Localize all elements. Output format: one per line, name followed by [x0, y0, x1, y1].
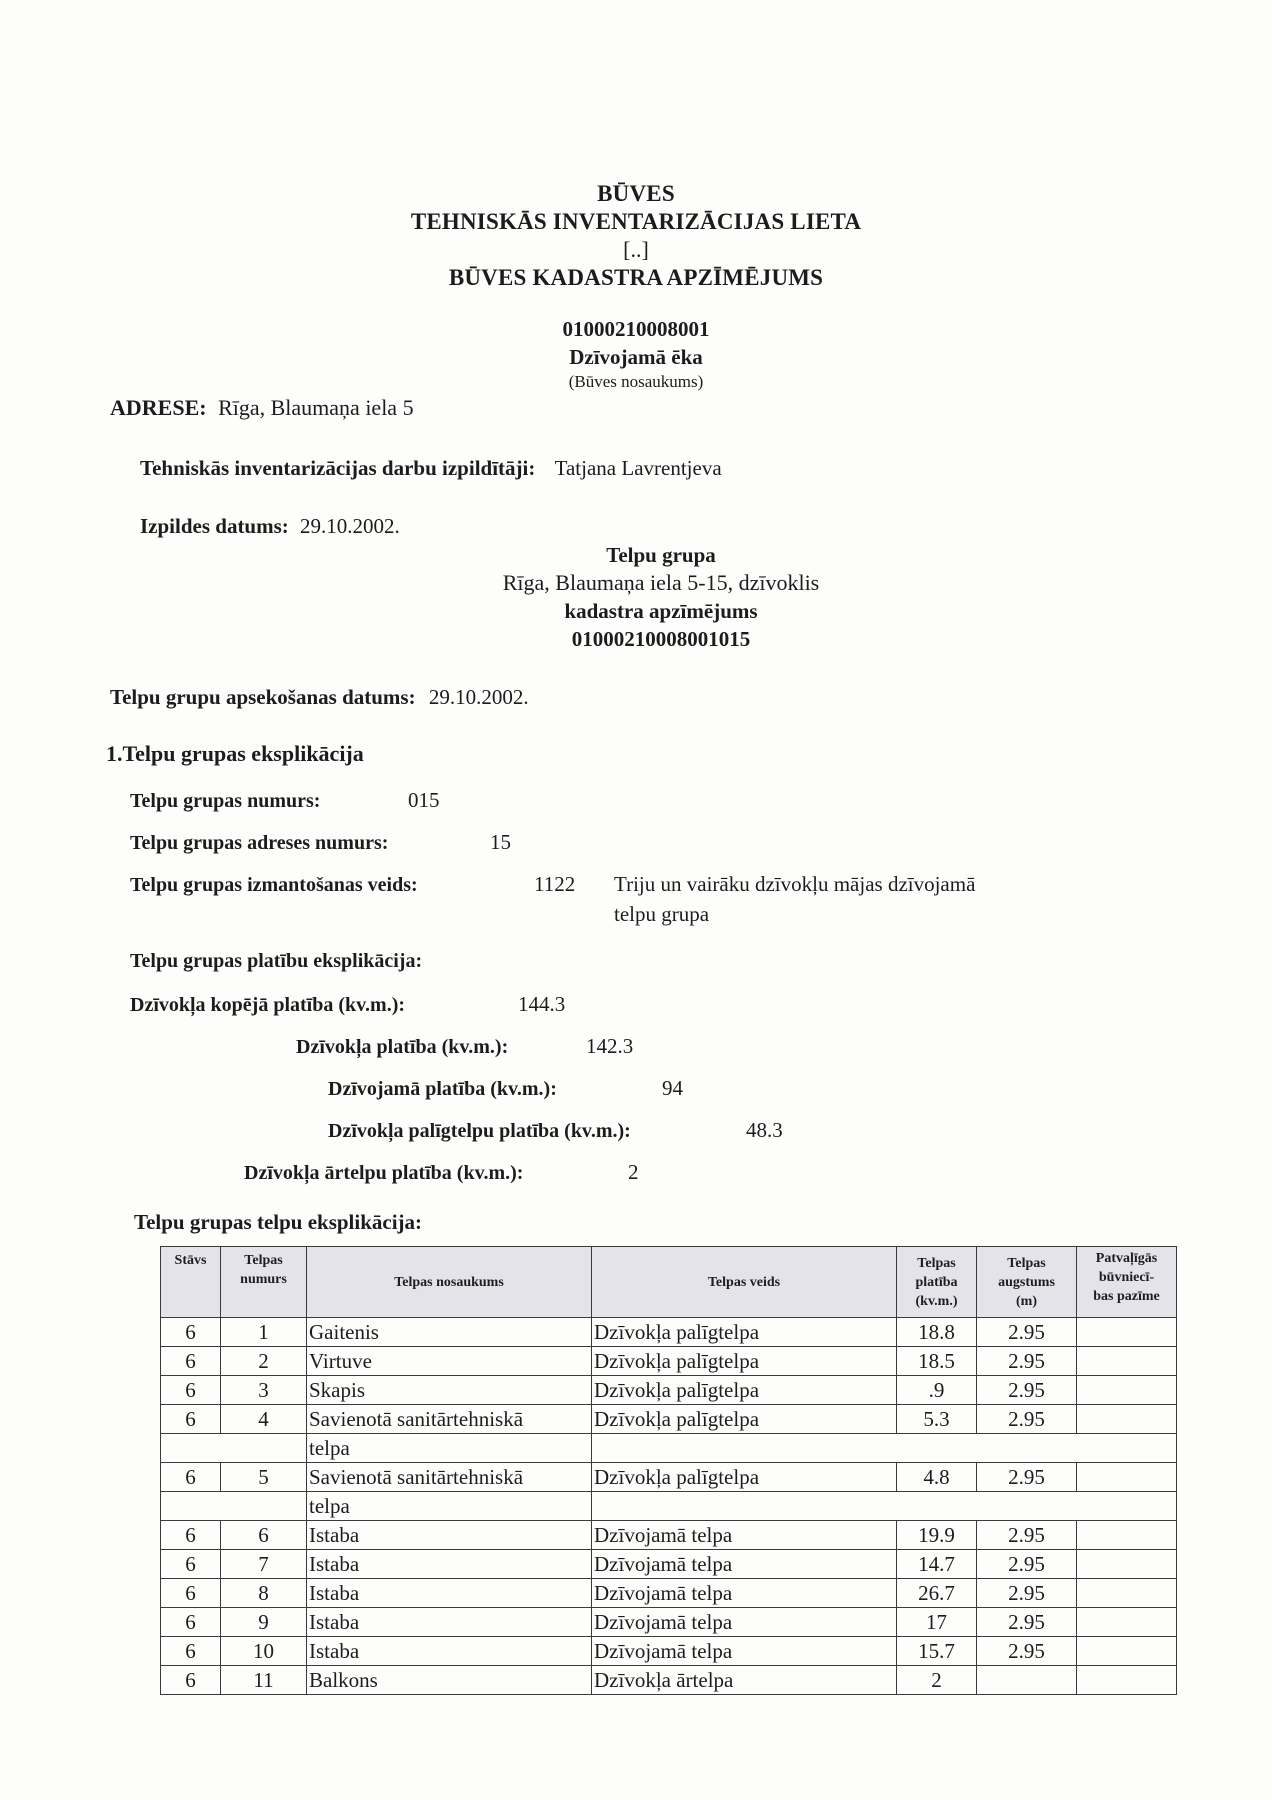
header-room-number: Telpasnumurs	[221, 1247, 307, 1318]
performers-row: Tehniskās inventarizācijas darbu izpildī…	[140, 454, 722, 482]
cell-unauthorized-construction	[1077, 1347, 1177, 1376]
cell-room-area: 15.7	[897, 1637, 977, 1666]
cell-room-height: 2.95	[977, 1405, 1077, 1434]
header-room-type: Telpas veids	[592, 1247, 897, 1318]
cell-unauthorized-construction	[1077, 1666, 1177, 1695]
survey-date-row: Telpu grupu apsekošanas datums: 29.10.20…	[110, 683, 529, 711]
cell-room-name: Savienotā sanitārtehniskā	[307, 1463, 592, 1492]
survey-date-value: 29.10.2002.	[429, 685, 529, 709]
performers-value: Tatjana Lavrentjeva	[555, 456, 722, 480]
header-floor: Stāvs	[161, 1247, 221, 1318]
cell-room-name: Skapis	[307, 1376, 592, 1405]
cell-floor: 6	[161, 1376, 221, 1405]
usage-code: 1122	[534, 870, 614, 898]
cell-room-type: Dzīvojamā telpa	[592, 1579, 897, 1608]
usage-label: Telpu grupas izmantošanas veids:	[130, 871, 534, 899]
total-area-row: Dzīvokļa kopējā platība (kv.m.):144.3	[130, 990, 565, 1019]
cell-room-name: Balkons	[307, 1666, 592, 1695]
cell-room-name: Istaba	[307, 1521, 592, 1550]
cell-room-type: Dzīvojamā telpa	[592, 1608, 897, 1637]
header-unauthorized-construction: Patvaļīgāsbūvniecī-bas pazīme	[1077, 1247, 1177, 1318]
cell-blank	[161, 1434, 307, 1463]
auxiliary-area-label: Dzīvokļa palīgtelpu platība (kv.m.):	[328, 1117, 746, 1145]
cell-room-height	[977, 1666, 1077, 1695]
cell-floor: 6	[161, 1463, 221, 1492]
cell-room-name-continuation: telpa	[307, 1492, 592, 1521]
cell-room-number: 3	[221, 1376, 307, 1405]
cell-room-name: Istaba	[307, 1579, 592, 1608]
table-row-continuation: telpa	[161, 1434, 1177, 1463]
performers-label: Tehniskās inventarizācijas darbu izpildī…	[140, 456, 535, 480]
document-page: BŪVES TEHNISKĀS INVENTARIZĀCIJAS LIETA […	[0, 0, 1272, 1800]
cell-room-height: 2.95	[977, 1637, 1077, 1666]
group-number-label: Telpu grupas numurs:	[130, 787, 408, 815]
living-area-value: 94	[662, 1076, 683, 1100]
room-group-cadastre-code: 01000210008001015	[0, 625, 1272, 653]
cell-floor: 6	[161, 1318, 221, 1347]
total-area-label: Dzīvokļa kopējā platība (kv.m.):	[130, 991, 518, 1019]
cell-room-height: 2.95	[977, 1347, 1077, 1376]
cell-floor: 6	[161, 1579, 221, 1608]
cell-unauthorized-construction	[1077, 1376, 1177, 1405]
outdoor-area-row: Dzīvokļa ārtelpu platība (kv.m.):2	[244, 1158, 639, 1187]
cell-room-area: 4.8	[897, 1463, 977, 1492]
section-1-title: 1.Telpu grupas eksplikācija	[106, 740, 364, 768]
table-header-row: Stāvs Telpasnumurs Telpas nosaukums Telp…	[161, 1247, 1177, 1318]
execution-date-label: Izpildes datums:	[140, 514, 289, 538]
table-row: 610IstabaDzīvojamā telpa15.72.95	[161, 1637, 1177, 1666]
cell-room-number: 5	[221, 1463, 307, 1492]
cell-unauthorized-construction	[1077, 1579, 1177, 1608]
cell-room-type: Dzīvojamā telpa	[592, 1521, 897, 1550]
cell-room-height: 2.95	[977, 1318, 1077, 1347]
cell-room-height: 2.95	[977, 1579, 1077, 1608]
cell-room-number: 11	[221, 1666, 307, 1695]
cell-room-area: 18.5	[897, 1347, 977, 1376]
group-number-value: 015	[408, 788, 440, 812]
cell-unauthorized-construction	[1077, 1521, 1177, 1550]
building-cadastre-code: 01000210008001	[0, 316, 1272, 342]
doc-title-ellipsis: [..]	[0, 236, 1272, 264]
cell-room-height: 2.95	[977, 1376, 1077, 1405]
cell-room-area: 5.3	[897, 1405, 977, 1434]
address-label: ADRESE:	[110, 395, 207, 420]
cell-unauthorized-construction	[1077, 1318, 1177, 1347]
header-room-height: Telpasaugstums(m)	[977, 1247, 1077, 1318]
cell-room-number: 1	[221, 1318, 307, 1347]
cell-room-name: Istaba	[307, 1608, 592, 1637]
outdoor-area-label: Dzīvokļa ārtelpu platība (kv.m.):	[244, 1159, 628, 1187]
table-row-continuation: telpa	[161, 1492, 1177, 1521]
building-name: Dzīvojamā ēka	[0, 344, 1272, 370]
doc-title-line1: BŪVES	[0, 180, 1272, 208]
cell-room-type: Dzīvokļa palīgtelpa	[592, 1405, 897, 1434]
cell-room-area: 2	[897, 1666, 977, 1695]
survey-date-label: Telpu grupu apsekošanas datums:	[110, 685, 416, 709]
cell-room-height: 2.95	[977, 1608, 1077, 1637]
usage-text-line2: telpu grupa	[614, 900, 709, 928]
cell-floor: 6	[161, 1608, 221, 1637]
cell-room-height: 2.95	[977, 1521, 1077, 1550]
cell-blank	[161, 1492, 307, 1521]
doc-title-line3: BŪVES KADASTRA APZĪMĒJUMS	[0, 264, 1272, 292]
table-row: 67IstabaDzīvojamā telpa14.72.95	[161, 1550, 1177, 1579]
auxiliary-area-value: 48.3	[746, 1118, 783, 1142]
room-group-address: Rīga, Blaumaņa iela 5-15, dzīvoklis	[0, 569, 1272, 597]
cell-room-name: Savienotā sanitārtehniskā	[307, 1405, 592, 1434]
cell-room-number: 6	[221, 1521, 307, 1550]
cell-floor: 6	[161, 1550, 221, 1579]
table-row: 62VirtuveDzīvokļa palīgtelpa18.52.95	[161, 1347, 1177, 1376]
room-group-title: Telpu grupa	[0, 541, 1272, 569]
table-row: 66IstabaDzīvojamā telpa19.92.95	[161, 1521, 1177, 1550]
cell-room-number: 2	[221, 1347, 307, 1376]
cell-floor: 6	[161, 1347, 221, 1376]
cell-unauthorized-construction	[1077, 1405, 1177, 1434]
cell-room-number: 4	[221, 1405, 307, 1434]
cell-room-area: 18.8	[897, 1318, 977, 1347]
table-row: 61GaitenisDzīvokļa palīgtelpa18.82.95	[161, 1318, 1177, 1347]
usage-row: Telpu grupas izmantošanas veids:1122Trij…	[130, 870, 975, 899]
cell-room-number: 10	[221, 1637, 307, 1666]
address-number-label: Telpu grupas adreses numurs:	[130, 829, 490, 857]
header-room-area: Telpasplatība(kv.m.)	[897, 1247, 977, 1318]
cell-room-type: Dzīvojamā telpa	[592, 1637, 897, 1666]
table-row: 69IstabaDzīvojamā telpa172.95	[161, 1608, 1177, 1637]
outdoor-area-value: 2	[628, 1160, 639, 1184]
cell-unauthorized-construction	[1077, 1608, 1177, 1637]
execution-date-row: Izpildes datums: 29.10.2002.	[140, 512, 400, 540]
table-row: 611BalkonsDzīvokļa ārtelpa2	[161, 1666, 1177, 1695]
apartment-area-row: Dzīvokļa platība (kv.m.):142.3	[296, 1032, 633, 1061]
cell-unauthorized-construction	[1077, 1550, 1177, 1579]
cell-room-area: 14.7	[897, 1550, 977, 1579]
cell-room-type: Dzīvokļa palīgtelpa	[592, 1318, 897, 1347]
address-row: ADRESE: Rīga, Blaumaņa iela 5	[110, 394, 414, 422]
cell-room-type: Dzīvokļa palīgtelpa	[592, 1463, 897, 1492]
table-row: 64Savienotā sanitārtehniskāDzīvokļa palī…	[161, 1405, 1177, 1434]
living-area-label: Dzīvojamā platība (kv.m.):	[328, 1075, 662, 1103]
header-room-name: Telpas nosaukums	[307, 1247, 592, 1318]
cell-room-area: .9	[897, 1376, 977, 1405]
group-number-row: Telpu grupas numurs:015	[130, 786, 440, 815]
table-row: 68IstabaDzīvojamā telpa26.72.95	[161, 1579, 1177, 1608]
cell-room-type: Dzīvokļa ārtelpa	[592, 1666, 897, 1695]
living-area-row: Dzīvojamā platība (kv.m.):94	[328, 1074, 683, 1103]
address-value: Rīga, Blaumaņa iela 5	[218, 395, 414, 420]
cell-blank	[592, 1492, 1177, 1521]
cell-unauthorized-construction	[1077, 1637, 1177, 1666]
cell-room-name: Gaitenis	[307, 1318, 592, 1347]
cell-room-height: 2.95	[977, 1463, 1077, 1492]
cell-room-area: 17	[897, 1608, 977, 1637]
cell-room-name: Istaba	[307, 1550, 592, 1579]
address-number-value: 15	[490, 830, 511, 854]
address-number-row: Telpu grupas adreses numurs:15	[130, 828, 511, 857]
cell-room-type: Dzīvokļa palīgtelpa	[592, 1347, 897, 1376]
cell-room-area: 19.9	[897, 1521, 977, 1550]
cell-room-number: 9	[221, 1608, 307, 1637]
auxiliary-area-row: Dzīvokļa palīgtelpu platība (kv.m.):48.3	[328, 1116, 783, 1145]
cell-room-area: 26.7	[897, 1579, 977, 1608]
cell-floor: 6	[161, 1666, 221, 1695]
building-name-caption: (Būves nosaukums)	[0, 372, 1272, 392]
area-explication-label: Telpu grupas platību eksplikācija:	[130, 947, 422, 975]
doc-title-line2: TEHNISKĀS INVENTARIZĀCIJAS LIETA	[0, 208, 1272, 236]
cell-unauthorized-construction	[1077, 1463, 1177, 1492]
apartment-area-label: Dzīvokļa platība (kv.m.):	[296, 1033, 586, 1061]
cell-room-name: Virtuve	[307, 1347, 592, 1376]
usage-text-line1: Triju un vairāku dzīvokļu mājas dzīvojam…	[614, 872, 975, 896]
cell-room-number: 7	[221, 1550, 307, 1579]
table-row: 63SkapisDzīvokļa palīgtelpa.92.95	[161, 1376, 1177, 1405]
cell-room-type: Dzīvokļa palīgtelpa	[592, 1376, 897, 1405]
cell-floor: 6	[161, 1405, 221, 1434]
cell-room-height: 2.95	[977, 1550, 1077, 1579]
room-group-cadastre-label: kadastra apzīmējums	[0, 597, 1272, 625]
cell-room-name: Istaba	[307, 1637, 592, 1666]
cell-floor: 6	[161, 1521, 221, 1550]
cell-floor: 6	[161, 1637, 221, 1666]
total-area-value: 144.3	[518, 992, 565, 1016]
execution-date-value: 29.10.2002.	[300, 514, 400, 538]
rooms-table: Stāvs Telpasnumurs Telpas nosaukums Telp…	[160, 1246, 1177, 1695]
table-row: 65Savienotā sanitārtehniskāDzīvokļa palī…	[161, 1463, 1177, 1492]
cell-room-name-continuation: telpa	[307, 1434, 592, 1463]
apartment-area-value: 142.3	[586, 1034, 633, 1058]
rooms-explication-label: Telpu grupas telpu eksplikācija:	[134, 1208, 422, 1236]
cell-blank	[592, 1434, 1177, 1463]
cell-room-number: 8	[221, 1579, 307, 1608]
cell-room-type: Dzīvojamā telpa	[592, 1550, 897, 1579]
